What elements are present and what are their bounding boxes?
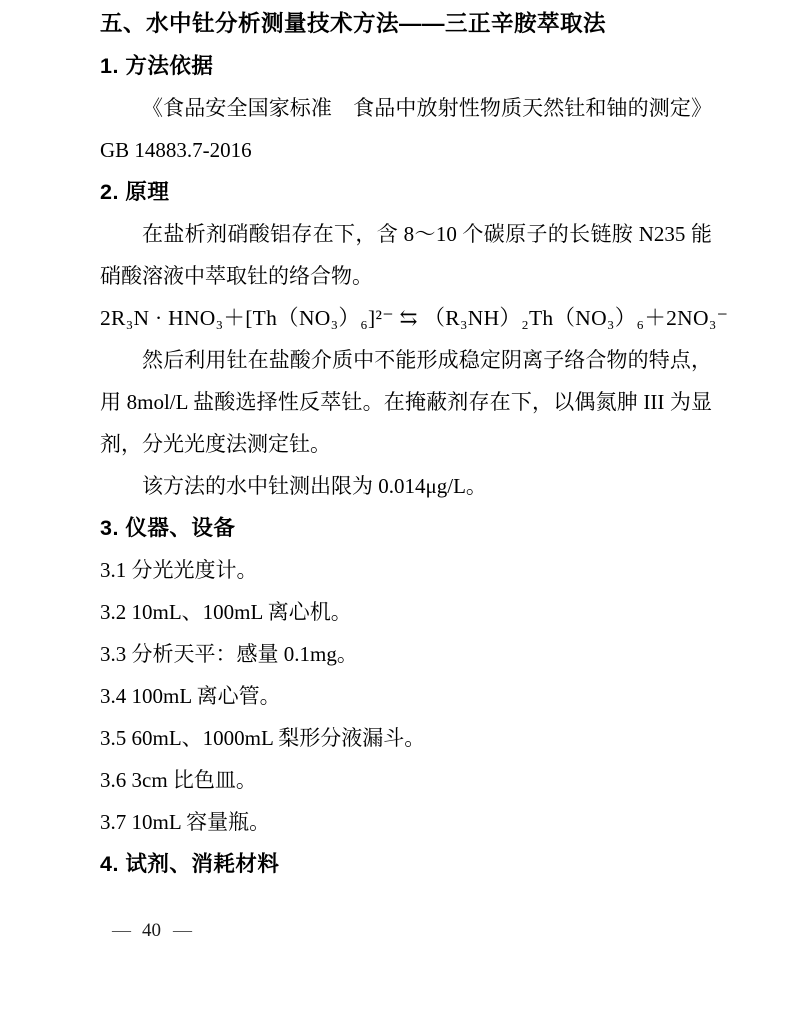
para-standard-number: GB 14883.7-2016 — [100, 129, 712, 171]
heading-principle: 2. 原理 — [100, 171, 712, 213]
para-backextract-line-3: 剂，分光光度法测定钍。 — [100, 423, 712, 465]
chem-equation: 2R₃N · HNO₃＋[Th（NO₃）₆]²⁻ ⇆ （R₃NH）₂Th（NO₃… — [100, 297, 712, 339]
footer-dash-right: — — [173, 920, 191, 941]
doc-title: 五、水中钍分析测量技术方法——三正辛胺萃取法 — [100, 3, 712, 45]
item-3-7-volumetric-flask: 3.7 10mL 容量瓶。 — [100, 801, 712, 843]
item-3-2-centrifuge: 3.2 10mL、100mL 离心机。 — [100, 591, 712, 633]
footer-dash-left: — — [112, 920, 130, 941]
para-detection-limit: 该方法的水中钍测出限为 0.014μg/L。 — [100, 465, 712, 507]
item-3-3-balance: 3.3 分析天平：感量 0.1mg。 — [100, 633, 712, 675]
page-footer: —40— — [100, 916, 203, 946]
footer-page-number: 40 — [142, 920, 161, 941]
document-content: 五、水中钍分析测量技术方法——三正辛胺萃取法 1. 方法依据 《食品安全国家标准… — [100, 3, 712, 885]
heading-instruments: 3. 仪器、设备 — [100, 507, 712, 549]
document-page: 五、水中钍分析测量技术方法——三正辛胺萃取法 1. 方法依据 《食品安全国家标准… — [0, 0, 800, 1013]
para-standard-name: 《食品安全国家标准 食品中放射性物质天然钍和铀的测定》 — [100, 87, 712, 129]
item-3-1-spectrophotometer: 3.1 分光光度计。 — [100, 549, 712, 591]
para-backextract-line-1: 然后利用钍在盐酸介质中不能形成稳定阴离子络合物的特点， — [100, 339, 712, 381]
heading-reagents: 4. 试剂、消耗材料 — [100, 843, 712, 885]
para-principle-line-2: 硝酸溶液中萃取钍的络合物。 — [100, 255, 712, 297]
heading-method-basis: 1. 方法依据 — [100, 45, 712, 87]
para-backextract-line-2: 用 8mol/L 盐酸选择性反萃钍。在掩蔽剂存在下，以偶氮胂 III 为显色 — [100, 381, 712, 423]
item-3-6-cuvette: 3.6 3cm 比色皿。 — [100, 759, 712, 801]
para-principle-line-1: 在盐析剂硝酸铝存在下，含 8～10 个碳原子的长链胺 N235 能从 — [100, 213, 712, 255]
item-3-5-separatory-funnel: 3.5 60mL、1000mL 梨形分液漏斗。 — [100, 717, 712, 759]
item-3-4-centrifuge-tube: 3.4 100mL 离心管。 — [100, 675, 712, 717]
